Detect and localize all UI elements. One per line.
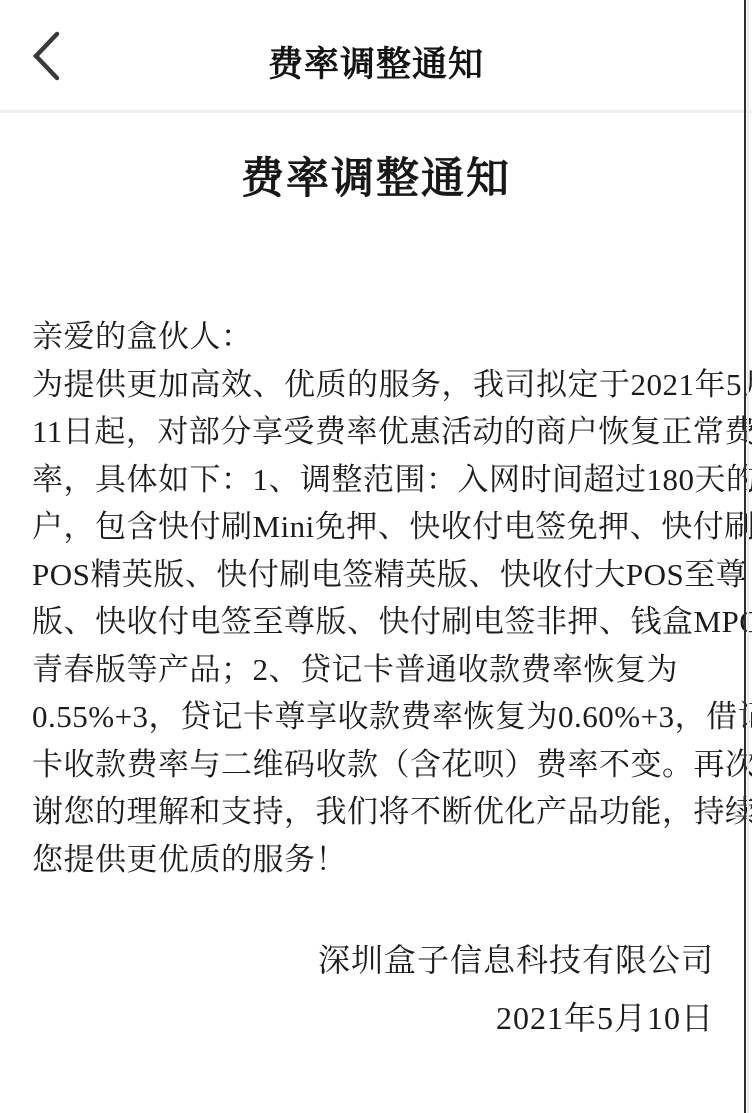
notice-screen: 费率调整通知 费率调整通知 亲爱的盒伙人： 为提供更加高效、优质的服务，我司拟定… bbox=[0, 0, 752, 1113]
page-edge-highlight bbox=[747, 0, 749, 1113]
notice-line: 为提供更加高效、优质的服务，我司拟定于2021年5月 bbox=[32, 361, 720, 409]
navbar: 费率调整通知 bbox=[0, 0, 752, 110]
back-button[interactable] bbox=[24, 28, 68, 86]
notice-line: 青春版等产品；2、贷记卡普通收款费率恢复为 bbox=[32, 646, 720, 694]
notice-line: 户，包含快付刷Mini免押、快收付电签免押、快付刷大 bbox=[32, 503, 720, 551]
notice-heading: 费率调整通知 bbox=[0, 155, 752, 203]
notice-line: 亲爱的盒伙人： bbox=[32, 313, 720, 361]
notice-line: 您提供更优质的服务！ bbox=[32, 836, 720, 884]
notice-line: 谢您的理解和支持，我们将不断优化产品功能，持续为 bbox=[32, 788, 720, 836]
notice-line: POS精英版、快付刷电签精英版、快收付大POS至尊 bbox=[32, 551, 720, 599]
signature-date: 2021年5月10日 bbox=[0, 989, 714, 1047]
chevron-left-icon bbox=[31, 30, 61, 85]
navbar-title: 费率调整通知 bbox=[268, 37, 484, 87]
signature-company: 深圳盒子信息科技有限公司 bbox=[0, 931, 714, 989]
notice-signature: 深圳盒子信息科技有限公司 2021年5月10日 bbox=[0, 931, 752, 1047]
page-edge-line bbox=[744, 0, 746, 1113]
notice-line: 卡收款费率与二维码收款（含花呗）费率不变。再次感 bbox=[32, 741, 720, 789]
notice-body: 亲爱的盒伙人： 为提供更加高效、优质的服务，我司拟定于2021年5月 11日起，… bbox=[0, 313, 752, 883]
navbar-divider bbox=[0, 110, 752, 113]
notice-line: 版、快收付电签至尊版、快付刷电签非押、钱盒MPOS bbox=[32, 598, 720, 646]
notice-line: 0.55%+3，贷记卡尊享收款费率恢复为0.60%+3，借记 bbox=[32, 693, 720, 741]
notice-line: 11日起，对部分享受费率优惠活动的商户恢复正常费 bbox=[32, 408, 720, 456]
notice-line: 率，具体如下：1、调整范围：入网时间超过180天的商 bbox=[32, 456, 720, 504]
